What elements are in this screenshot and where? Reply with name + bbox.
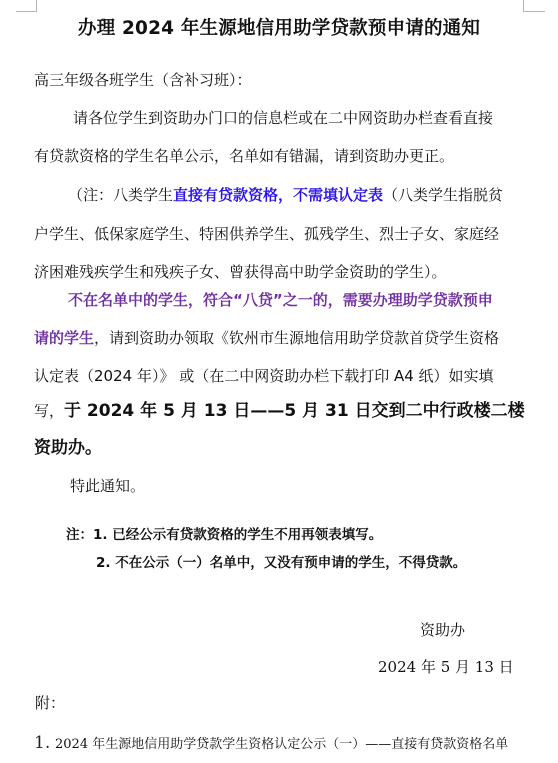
closing-text: 特此通知。 <box>70 476 145 496</box>
signature-office: 资助办 <box>420 620 465 640</box>
attachment-item-1: 1. 2024 年生源地信用助学贷款学生资格认定公示（一）——直接有贷款资格名单 <box>34 733 508 755</box>
para3-line2: 请的学生，请到资助办领取《钦州市生源地信用助学贷款首贷学生资格 <box>34 328 499 348</box>
para1-line1: 请各位学生到资助办门口的信息栏或在二中网资助办栏查看直接 <box>73 108 493 128</box>
para1-line2: 有贷款资格的学生名单公示，名单如有错漏，请到资助办更正。 <box>34 146 454 166</box>
para3-line3: 认定表（2024 年）》 或（在二中网资助办栏下载打印 A4 纸）如实填 <box>34 366 494 386</box>
attachment-item-text: 2024 年生源地信用助学贷款学生资格认定公示（一）——直接有贷款资格名单 <box>55 737 508 752</box>
page-corner-mark-top-left <box>16 0 37 12</box>
document-title: 办理 2024 年生源地信用助学贷款预申请的通知 <box>0 19 558 39</box>
para3-line4-prefix: 写， <box>34 402 64 420</box>
para2-suffix: （八类学生指脱贫 <box>383 186 503 204</box>
deadline-text: 于 2024 年 5 月 13 日——5 月 31 日交到二中行政楼二楼 <box>64 401 525 421</box>
page-corner-mark-top-right <box>523 0 545 12</box>
note-line1: 注：1. 已经公示有贷款资格的学生不用再领表填写。 <box>66 525 382 545</box>
para2-line1: （注：八类学生直接有贷款资格，不需填认定表（八类学生指脱贫 <box>68 185 503 205</box>
para2-highlight-blue: 直接有贷款资格，不需填认定表 <box>173 186 383 204</box>
para3-line2-highlight: 请的学生 <box>34 329 94 347</box>
para2-line2: 户学生、低保家庭学生、特困供养学生、孤残学生、烈士子女、家庭经 <box>34 224 499 244</box>
para3-line5: 资助办。 <box>34 438 102 458</box>
note-line2: 2. 不在公示（一）名单中，又没有预申请的学生，不得贷款。 <box>96 553 466 573</box>
signature-date: 2024 年 5 月 13 日 <box>378 657 514 677</box>
para2-line3: 济困难残疾学生和残疾子女、曾获得高中助学金资助的学生）。 <box>34 262 447 282</box>
attachments-label: 附： <box>35 693 65 713</box>
para3-line1-highlight: 不在名单中的学生，符合“八贷”之一的，需要办理助学贷款预申 <box>68 290 493 310</box>
para2-prefix: （注：八类学生 <box>68 186 173 204</box>
para3-line4: 写，于 2024 年 5 月 13 日——5 月 31 日交到二中行政楼二楼 <box>34 401 525 421</box>
salutation: 高三年级各班学生（含补习班）： <box>34 70 252 90</box>
para3-line2-suffix: ，请到资助办领取《钦州市生源地信用助学贷款首贷学生资格 <box>94 329 499 347</box>
attachment-item-number: 1. <box>34 733 50 753</box>
